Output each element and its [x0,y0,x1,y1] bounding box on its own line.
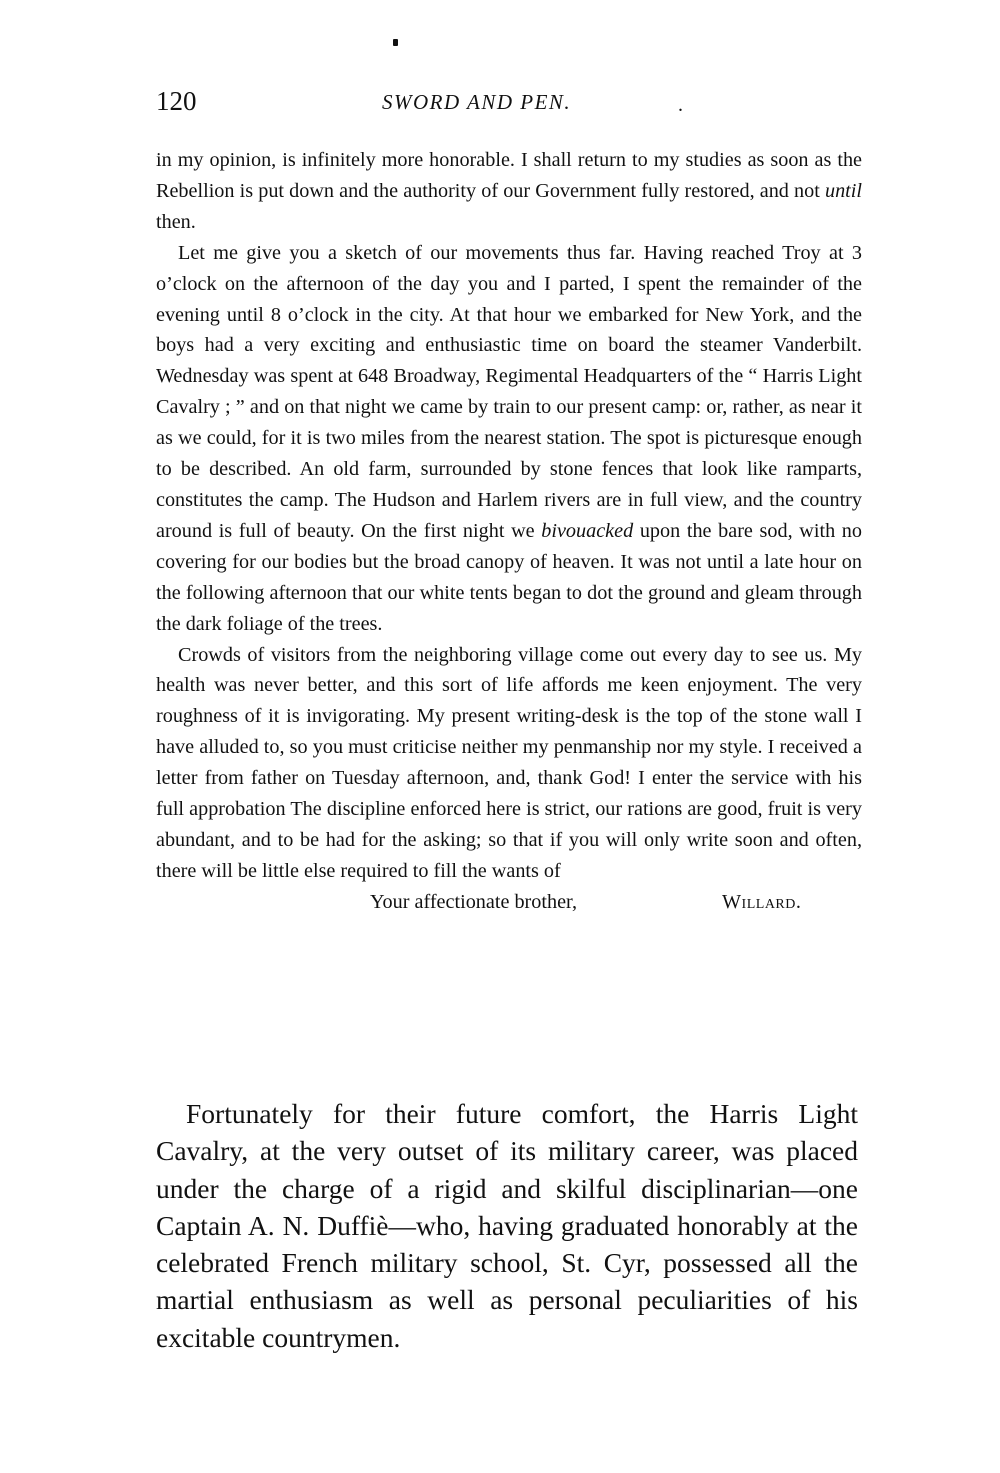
print-speck [393,39,398,46]
letter-block: in my opinion, is infinitely more honora… [156,145,862,918]
emphasis-bivouacked: bivouacked [541,520,633,542]
letter-paragraph-3: Crowds of visitors from the neighboring … [156,640,862,887]
running-head: 120 SWORD AND PEN. . [156,86,856,120]
letter-signer: Willard. [722,887,801,918]
running-title: SWORD AND PEN. [382,90,571,115]
letter-signature: Your affectionate brother, Willard. [156,887,862,918]
letter-paragraph-2: Let me give you a sketch of our movement… [156,238,862,640]
letter-paragraph-1: in my opinion, is infinitely more honora… [156,145,862,238]
narrative-block: Fortunately for their future comfort, th… [156,1095,858,1356]
running-mark: . [678,94,683,117]
letter-closing: Your affectionate brother, [370,887,577,918]
narrative-paragraph: Fortunately for their future comfort, th… [156,1095,858,1356]
emphasis-until: until [825,180,862,202]
page-number: 120 [156,86,197,117]
